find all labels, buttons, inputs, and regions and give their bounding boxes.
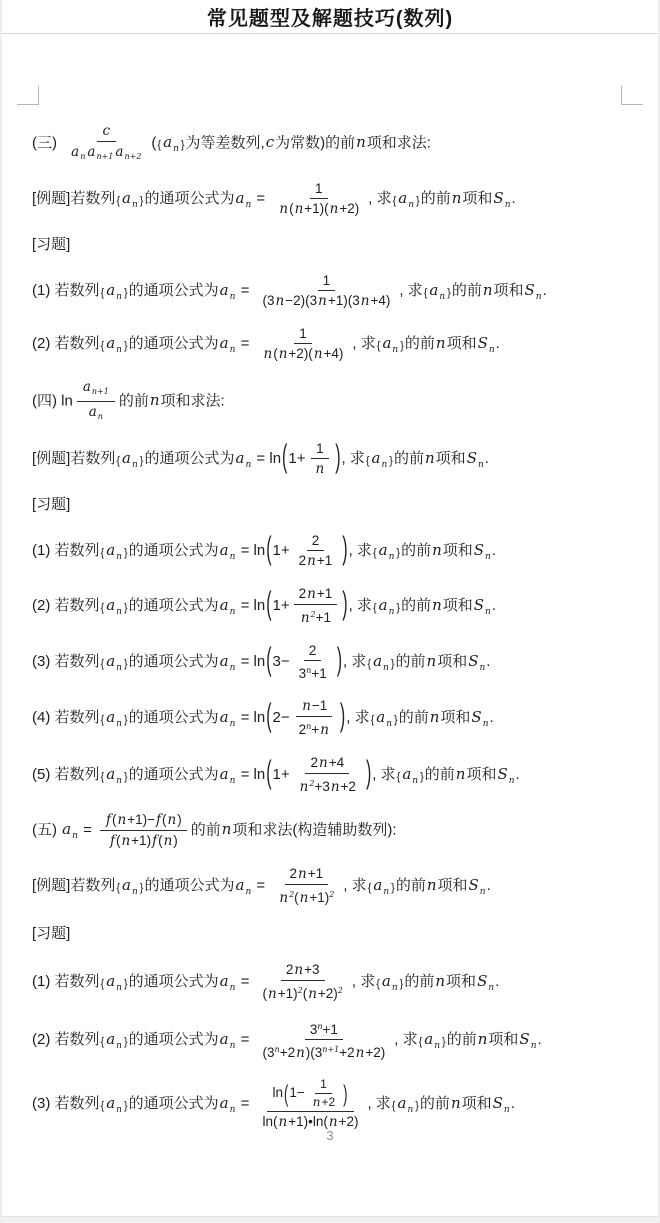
math-variable: n [294, 201, 305, 217]
math-text: 的通项公式为 [144, 450, 234, 467]
math-text: = [236, 1031, 253, 1048]
math-variable: n [307, 986, 318, 1002]
math-text: = [236, 542, 253, 559]
math-text: ( [289, 201, 294, 216]
fraction-numerator: 3n+1 [305, 1018, 343, 1040]
math-text: +2 [339, 1045, 354, 1060]
math-text: . [512, 190, 516, 207]
math-text: 项和求法: [161, 392, 225, 409]
math-text: [例题] [32, 877, 70, 894]
math-text: 为等差数列, [186, 134, 265, 151]
math-text: +1 [308, 866, 323, 881]
sec5-heading: (五) an = f(n+1)−f(n)f(n+1)f(n)的前n项和求法(构造… [32, 811, 646, 850]
paren-close-icon: ) [343, 1078, 347, 1109]
math-subscript: n [116, 345, 123, 355]
page-title: 常见题型及解题技巧(数列) [207, 2, 453, 31]
math-variable: n [434, 972, 446, 990]
math-text: +1 [316, 610, 331, 625]
math-text: , 求 [349, 542, 372, 559]
math-text: 的前 [404, 973, 434, 990]
math-subscript: n [116, 983, 123, 993]
math-variable: n [300, 610, 311, 626]
document-page: 常见题型及解题技巧(数列) (三) canan+1an+2({an}为等差数列,… [0, 0, 660, 1223]
math-text: 若数列 [55, 653, 100, 670]
page-bottom-edge [0, 1216, 660, 1223]
math-variable: a [105, 334, 116, 352]
math-text: 的通项公式为 [129, 653, 219, 670]
fraction-denominator: anan+1an+2 [65, 142, 147, 165]
math-variable: n [426, 652, 438, 670]
math-text: 2 [310, 755, 318, 770]
math-fraction: 3n+1(3n+2n)(3n+1+2n+2) [258, 1018, 391, 1062]
math-text: 的前 [447, 1031, 477, 1048]
math-text: 1 [316, 441, 324, 456]
sec3-example: [例题]若数列{an}的通项公式为an = 1n(n+1)(n+2), 求{an… [32, 180, 646, 218]
math-variable: f [109, 833, 116, 849]
math-subscript: n+2 [124, 152, 142, 161]
math-text: +3 [304, 962, 319, 977]
math-subscript: n [116, 663, 123, 673]
math-fraction: 23n+1 [294, 642, 332, 682]
fraction-denominator: an [83, 402, 109, 425]
fraction-numerator: 2 [304, 642, 322, 661]
fraction-numerator: ln(1−1n+2) [267, 1077, 353, 1112]
math-variable: n [163, 833, 174, 849]
math-text: , 求 [352, 973, 375, 990]
math-text: 项和 [447, 335, 477, 352]
math-variable: n [149, 391, 161, 409]
sec4-problem-4: (4) 若数列{an}的通项公式为an = ln(2−n−12n+n), 求{a… [32, 697, 646, 739]
math-text: 的前 [421, 190, 451, 207]
math-text: 若数列 [55, 709, 100, 726]
math-text: +2 [280, 1045, 295, 1060]
math-text: ) [173, 833, 178, 848]
math-variable: f [151, 833, 158, 849]
math-text: 若数列 [70, 450, 115, 467]
math-text: = [236, 973, 253, 990]
math-text: (四) ln [32, 392, 73, 409]
math-text: +1)( [304, 201, 328, 216]
math-variable: f [105, 812, 112, 828]
math-variable: a [235, 876, 246, 894]
math-text: 1 [320, 1077, 327, 1091]
sec3-problem-2: (2) 若数列{an}的通项公式为an = 1n(n+2)(n+4), 求{an… [32, 325, 646, 363]
math-variable: n [355, 133, 367, 151]
math-text: +1) [278, 986, 298, 1001]
math-text: +2) [365, 1045, 385, 1060]
math-variable: a [371, 449, 382, 467]
math-variable: n [355, 1045, 366, 1061]
math-text: . [496, 335, 500, 352]
math-superscript: n+1 [322, 1045, 339, 1054]
math-text: +2)( [288, 346, 312, 361]
math-text: 的通项公式为 [144, 877, 234, 894]
math-variable: a [121, 449, 132, 467]
math-text: −2)(3 [285, 293, 317, 308]
math-text: (3 [263, 1045, 275, 1060]
math-text: +1 [317, 553, 332, 568]
math-variable: a [219, 708, 230, 726]
math-text: +2 [341, 779, 356, 794]
math-text: 3− [273, 653, 290, 670]
math-brace: { [365, 455, 371, 467]
math-text: 若数列 [55, 597, 100, 614]
math-subscript: n [536, 292, 543, 302]
math-text: . [516, 766, 520, 783]
math-variable: a [219, 765, 230, 783]
math-variable: n [297, 866, 308, 882]
math-text: 1+ [288, 450, 305, 467]
fraction-numerator: 2n+4 [305, 754, 349, 774]
math-variable: n [360, 293, 371, 309]
math-subscript: n [531, 1041, 538, 1051]
math-variable: a [82, 379, 92, 395]
math-variable: n [431, 596, 443, 614]
sec3-problem-1: (1) 若数列{an}的通项公式为an = 1(3n−2)(3n+1)(3n+4… [32, 272, 646, 310]
paren-open-icon: ( [284, 1078, 288, 1109]
math-variable: a [105, 541, 116, 559]
math-text: , 求 [352, 335, 375, 352]
math-text: = [236, 766, 253, 783]
math-fraction: 1n(n+1)(n+2) [273, 180, 364, 218]
math-text: 项和求法: [367, 134, 431, 151]
math-text: +1)•ln( [288, 1114, 328, 1129]
math-text: 的前 [452, 282, 482, 299]
math-text: ln [269, 450, 281, 467]
math-text: [习题] [32, 925, 70, 942]
math-text: 的通项公式为 [129, 1095, 219, 1112]
math-variable: a [105, 652, 116, 670]
math-subscript: n [392, 983, 399, 993]
math-text: 1− [289, 1085, 304, 1100]
fraction-denominator: f(n+1)f(n) [104, 831, 183, 850]
math-variable: a [219, 652, 230, 670]
math-text: 的通项公式为 [129, 597, 219, 614]
math-subscript: n [132, 460, 139, 470]
paren-open-icon: ( [266, 693, 271, 742]
sec3-heading: (三) canan+1an+2({an}为等差数列,c为常数)的前n项和求法: [32, 122, 646, 165]
math-fraction: an+1an [77, 378, 115, 425]
fraction-numerator: 2 [307, 532, 325, 551]
fraction-denominator: 2n+n [294, 717, 335, 739]
page-header: 常见题型及解题技巧(数列) [2, 0, 658, 34]
math-variable: n [431, 541, 443, 559]
math-variable: a [219, 972, 230, 990]
math-fraction: 22n+1 [294, 532, 338, 570]
sec5-problem-2: (2) 若数列{an}的通项公式为an = 3n+1(3n+2n)(3n+1+2… [32, 1018, 646, 1062]
math-variable: a [423, 1030, 434, 1048]
math-text: ln [254, 542, 266, 559]
math-text: 的通项公式为 [129, 1031, 219, 1048]
math-text: ( [294, 890, 299, 905]
math-subscript: n [72, 831, 79, 841]
math-variable: n [424, 449, 436, 467]
math-text: , 求 [346, 709, 369, 726]
math-text: = [236, 653, 253, 670]
math-text: , 求 [349, 597, 372, 614]
math-fraction: 2n+1n2(n+1)2 [273, 865, 339, 907]
math-text: 的前 [399, 709, 429, 726]
math-variable: a [219, 1094, 230, 1112]
math-variable: n [319, 722, 330, 738]
math-text: (2) [32, 597, 55, 614]
math-variable: S [467, 652, 479, 670]
math-text: . [495, 973, 499, 990]
math-variable: a [375, 708, 386, 726]
math-text: 若数列 [55, 335, 100, 352]
math-variable: n [306, 553, 317, 569]
math-text: (3 [263, 293, 275, 308]
math-variable: n [429, 708, 441, 726]
paren-close-icon: ) [335, 434, 340, 483]
math-fraction: canan+1an+2 [65, 122, 147, 165]
math-subscript: n [98, 412, 104, 421]
math-variable: a [105, 708, 116, 726]
math-subscript: n [116, 776, 123, 786]
math-lines: (三) canan+1an+2({an}为等差数列,c为常数)的前n项和求法:[… [32, 122, 646, 1146]
math-subscript: n [509, 776, 516, 786]
math-variable: a [219, 596, 230, 614]
fraction-numerator: 2n+3 [281, 961, 325, 981]
math-subscript: n+1 [96, 152, 114, 161]
math-variable: a [88, 404, 98, 420]
math-variable: n [278, 890, 289, 906]
math-text: +1)− [127, 812, 155, 827]
fraction-denominator: (3n−2)(3n+1)(3n+4) [258, 291, 396, 310]
fraction-numerator: f(n+1)−f(n) [100, 811, 187, 831]
math-variable: n [263, 346, 274, 362]
sec4-example: [例题]若数列{an}的通项公式为an = ln(1+1n), 求{an}的前n… [32, 440, 646, 478]
math-text: +1)(3 [328, 293, 360, 308]
math-text: +1) [131, 833, 151, 848]
math-text: 若数列 [55, 766, 100, 783]
math-variable: a [397, 189, 408, 207]
fraction-numerator: 2n+1 [285, 865, 329, 885]
page-number: 3 [2, 1128, 658, 1143]
math-variable: n [278, 201, 289, 217]
math-text: = [236, 335, 253, 352]
math-text: , 求 [372, 766, 395, 783]
math-variable: a [105, 765, 116, 783]
math-variable: n [120, 833, 131, 849]
math-variable: a [121, 189, 132, 207]
math-text: . [486, 653, 490, 670]
math-variable: f [155, 812, 162, 828]
sec4-problem-1: (1) 若数列{an}的通项公式为an = ln(1+22n+1), 求{an}… [32, 532, 646, 570]
text-boundary-corner-mark-right [621, 86, 643, 105]
math-variable: a [219, 541, 230, 559]
paren-close-icon: ) [342, 526, 347, 575]
math-text: ln [254, 709, 266, 726]
math-text: (2) [32, 1031, 55, 1048]
math-text: (5) [32, 766, 55, 783]
math-text: 项和 [443, 597, 473, 614]
math-variable: S [473, 541, 485, 559]
sec4-problem-3: (3) 若数列{an}的通项公式为an = ln(3−23n+1), 求{an}… [32, 642, 646, 682]
sec5-example: [例题]若数列{an}的通项公式为an = 2n+1n2(n+1)2, 求{an… [32, 865, 646, 907]
math-text: = [236, 282, 253, 299]
math-text: [习题] [32, 496, 70, 513]
math-text: +2) [318, 986, 338, 1001]
sec5-exercise-label: [习题] [32, 922, 646, 946]
math-variable: n [330, 779, 341, 795]
math-text: 2 [312, 533, 320, 548]
math-text: , 求 [399, 282, 422, 299]
math-text: +1 [323, 1022, 338, 1037]
math-variable: c [265, 133, 275, 151]
math-text: [例题] [32, 190, 70, 207]
math-variable: n [299, 890, 310, 906]
math-text: 的前 [394, 450, 424, 467]
math-variable: a [401, 765, 412, 783]
math-text: 的前 [119, 392, 149, 409]
math-text: +3 [314, 779, 329, 794]
math-text: . [543, 282, 547, 299]
math-variable: n [167, 812, 178, 828]
math-text: ln [254, 653, 266, 670]
math-text: 为常数)的前 [275, 134, 355, 151]
math-text: 的前 [191, 821, 221, 838]
math-variable: a [114, 144, 124, 160]
paren-open-icon: ( [266, 526, 271, 575]
math-text: 项和 [438, 877, 468, 894]
sec4-heading: (四) lnan+1an的前n项和求法: [32, 378, 646, 425]
math-fraction: 2n+1n2+1 [294, 585, 338, 627]
math-fraction: n−12n+n [294, 697, 335, 739]
math-brace: { [372, 602, 378, 614]
math-fraction: 2n+3(n+1)2(n+2)2 [258, 961, 348, 1003]
math-variable: S [496, 765, 508, 783]
math-variable: a [70, 144, 80, 160]
math-text: 的前 [396, 653, 426, 670]
math-subscript: n [132, 887, 139, 897]
math-text: 项和 [437, 653, 467, 670]
math-variable: n [278, 346, 289, 362]
math-text: 若数列 [55, 542, 100, 559]
math-variable: n [117, 812, 128, 828]
math-text: −1 [312, 698, 327, 713]
math-text: , 求 [368, 190, 391, 207]
paren-open-icon: ( [266, 637, 271, 686]
math-variable: a [219, 281, 230, 299]
math-variable: S [518, 1030, 530, 1048]
math-subscript: n [480, 887, 487, 897]
math-variable: a [378, 596, 389, 614]
math-text: ) [177, 812, 182, 827]
math-variable: a [219, 334, 230, 352]
sec5-problem-3: (3) 若数列{an}的通项公式为an = ln(1−1n+2)ln(n+1)•… [32, 1077, 646, 1131]
math-variable: S [524, 281, 536, 299]
math-text: , 求 [343, 653, 366, 670]
fraction-denominator: n(n+2)(n+4) [258, 344, 349, 363]
math-fraction: 1n(n+2)(n+4) [258, 325, 349, 363]
math-fraction: 2n+4n2+3n+2 [294, 754, 361, 796]
math-text: 的通项公式为 [129, 709, 219, 726]
math-variable: a [105, 596, 116, 614]
math-text: 项和 [466, 766, 496, 783]
math-variable: S [470, 708, 482, 726]
math-variable: n [299, 779, 310, 795]
math-text: ln [254, 766, 266, 783]
math-text: (4) [32, 709, 55, 726]
math-text: (1) [32, 542, 55, 559]
math-variable: n [306, 586, 317, 602]
math-text: 1 [315, 181, 323, 196]
paren-close-icon: ) [340, 693, 345, 742]
math-text: +2 [321, 1095, 335, 1109]
math-subscript: n [485, 607, 492, 617]
math-variable: n [477, 1030, 489, 1048]
math-text: (三) [32, 134, 61, 151]
math-variable: a [121, 876, 132, 894]
math-variable: a [372, 652, 383, 670]
math-variable: a [105, 281, 116, 299]
sec4-problem-2: (2) 若数列{an}的通项公式为an = ln(1+2n+1n2+1), 求{… [32, 585, 646, 627]
paren-close-icon: ) [337, 637, 342, 686]
math-subscript: n [478, 460, 485, 470]
math-variable: n [267, 986, 278, 1002]
math-fraction: 1(3n−2)(3n+1)(3n+4) [258, 272, 396, 310]
paren-close-icon: ) [366, 750, 371, 799]
math-text: 的通项公式为 [129, 973, 219, 990]
math-text: ( [158, 833, 163, 848]
math-subscript: n [386, 719, 393, 729]
math-text: +2) [339, 1114, 359, 1129]
math-variable: a [105, 1030, 116, 1048]
math-text: [习题] [32, 236, 70, 253]
math-subscript: n [116, 292, 123, 302]
math-text: 项和求法(构造辅助数列): [232, 821, 396, 838]
math-subscript: n+1 [92, 387, 110, 396]
paren-open-icon: ( [282, 434, 287, 483]
math-text: 的通项公式为 [144, 190, 234, 207]
fraction-denominator: 3n+1 [294, 661, 332, 682]
math-variable: n [318, 755, 329, 771]
math-text: 若数列 [55, 1031, 100, 1048]
math-text: = [252, 877, 269, 894]
math-text: 若数列 [55, 282, 100, 299]
math-text: +2) [339, 201, 359, 216]
math-variable: c [102, 123, 112, 139]
math-text: 项和 [440, 709, 470, 726]
math-text: 1 [323, 273, 331, 288]
math-variable: n [313, 346, 324, 362]
math-variable: n [426, 876, 438, 894]
math-variable: a [396, 1094, 407, 1112]
fraction-numerator: 1 [310, 180, 328, 199]
math-text: = [252, 190, 269, 207]
math-text: 1+ [273, 597, 290, 614]
math-text: , 求 [343, 877, 366, 894]
math-text: 的前 [425, 766, 455, 783]
math-text: . [489, 709, 493, 726]
math-text: 的前 [420, 1095, 450, 1112]
math-text: 项和 [494, 282, 524, 299]
math-variable: a [378, 541, 389, 559]
math-variable: a [381, 972, 392, 990]
math-text: +1) [309, 890, 329, 905]
math-text: 项和 [488, 1031, 518, 1048]
math-variable: n [317, 293, 328, 309]
math-text: 的通项公式为 [129, 542, 219, 559]
math-text: +1 [311, 666, 326, 681]
math-text: 的前 [401, 542, 431, 559]
math-variable: a [61, 820, 72, 838]
math-text: (3) [32, 653, 55, 670]
math-subscript: n [116, 719, 123, 729]
paren-open-icon: ( [266, 750, 271, 799]
math-variable: n [329, 201, 340, 217]
